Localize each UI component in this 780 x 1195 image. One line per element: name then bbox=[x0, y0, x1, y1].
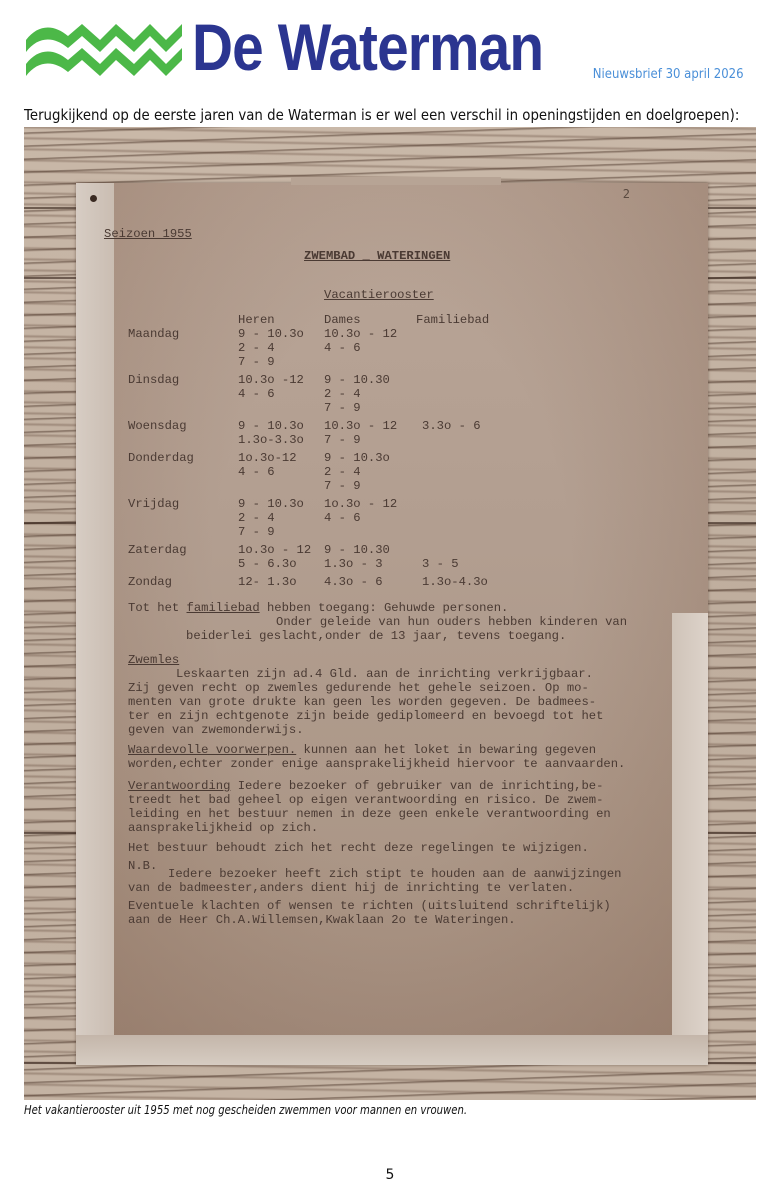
waardevolle-line: worden,echter zonder enige aansprakelijk… bbox=[128, 757, 625, 771]
photo-caption: Het vakantierooster uit 1955 met nog ges… bbox=[24, 1103, 467, 1117]
paper-fold bbox=[291, 177, 501, 185]
verantwoording-line: aansprakelijkheid op zich. bbox=[128, 821, 318, 835]
dames-time: 9 - 10.30 bbox=[324, 373, 390, 387]
familiebad-note-line: Onder geleide van hun ouders hebben kind… bbox=[276, 615, 627, 629]
dames-time: 2 - 4 bbox=[324, 465, 361, 479]
schedule-day-label: Dinsdag bbox=[128, 373, 179, 387]
heren-time: 5 - 6.3o bbox=[238, 557, 297, 571]
dames-time: 9 - 10.3o bbox=[324, 451, 390, 465]
schedule-day-label: Donderdag bbox=[128, 451, 194, 465]
zwemles-line: Leskaarten zijn ad.4 Gld. aan de inricht… bbox=[176, 667, 593, 681]
dames-time: 10.3o - 12 bbox=[324, 327, 397, 341]
schedule-day-label: Zaterdag bbox=[128, 543, 187, 557]
familiebad-time: 1.3o-4.3o bbox=[422, 575, 488, 589]
dames-time: 9 - 10.30 bbox=[324, 543, 390, 557]
dames-time: 4 - 6 bbox=[324, 511, 361, 525]
familiebad-note: Tot het familiebad hebben toegang: Gehuw… bbox=[128, 601, 508, 615]
document-subtitle: Vacantierooster bbox=[324, 288, 434, 302]
heren-time: 1o.3o-12 bbox=[238, 451, 297, 465]
heren-time: 7 - 9 bbox=[238, 525, 275, 539]
familiebad-time: 3 - 5 bbox=[422, 557, 459, 571]
verantwoording-line: Verantwoording Iedere bezoeker of gebrui… bbox=[128, 779, 603, 793]
column-header-dames: Dames bbox=[324, 313, 361, 327]
dames-time: 4.3o - 6 bbox=[324, 575, 383, 589]
familiebad-time: 3.3o - 6 bbox=[422, 419, 481, 433]
verantwoording-line: leiding en het bestuur nemen in deze gee… bbox=[128, 807, 611, 821]
intro-text: Terugkijkend op de eerste jaren van de W… bbox=[24, 106, 739, 124]
heren-time: 2 - 4 bbox=[238, 511, 275, 525]
zwemles-heading: Zwemles bbox=[128, 653, 179, 667]
bestuur-line: Het bestuur behoudt zich het recht deze … bbox=[128, 841, 589, 855]
zwemles-line: Zij geven recht op zwemles gedurende het… bbox=[128, 681, 589, 695]
klachten-line: Eventuele klachten of wensen te richten … bbox=[128, 899, 611, 913]
klachten-line: aan de Heer Ch.A.Willemsen,Kwaklaan 2o t… bbox=[128, 913, 516, 927]
heren-time: 1o.3o - 12 bbox=[238, 543, 311, 557]
newsletter-header: De Waterman Nieuwsbrief 30 april 2026 bbox=[0, 0, 780, 100]
paper-fold bbox=[76, 1035, 708, 1065]
waves-logo-icon bbox=[24, 18, 184, 80]
schedule-day-label: Maandag bbox=[128, 327, 179, 341]
dames-time: 1.3o - 3 bbox=[324, 557, 383, 571]
heren-time: 2 - 4 bbox=[238, 341, 275, 355]
schedule-day-label: Zondag bbox=[128, 575, 172, 589]
zwemles-line: ter en zijn echtgenote zijn beide gedipl… bbox=[128, 709, 603, 723]
paper-fold bbox=[76, 183, 114, 1065]
brand-name: De Waterman bbox=[192, 8, 543, 86]
familiebad-note-line: beiderlei geslacht,onder de 13 jaar, tev… bbox=[186, 629, 566, 643]
dames-time: 4 - 6 bbox=[324, 341, 361, 355]
schedule-photo: 2 Seizoen 1955 ZWEMBAD _ WATERINGEN Vaca… bbox=[24, 127, 756, 1100]
nb-line: Iedere bezoeker heeft zich stipt te houd… bbox=[168, 867, 621, 881]
column-header-familiebad: Familiebad bbox=[416, 313, 489, 327]
zwemles-line: geven van zwemonderwijs. bbox=[128, 723, 304, 737]
heren-time: 4 - 6 bbox=[238, 387, 275, 401]
dames-time: 10.3o - 12 bbox=[324, 419, 397, 433]
heren-time: 1.3o-3.3o bbox=[238, 433, 304, 447]
dames-time: 7 - 9 bbox=[324, 401, 361, 415]
heren-time: 7 - 9 bbox=[238, 355, 275, 369]
schedule-day-label: Vrijdag bbox=[128, 497, 179, 511]
page-number: 5 bbox=[0, 1167, 780, 1183]
verantwoording-line: treedt het bad geheel op eigen verantwoo… bbox=[128, 793, 603, 807]
dames-time: 2 - 4 bbox=[324, 387, 361, 401]
heren-time: 9 - 10.3o bbox=[238, 497, 304, 511]
heren-time: 9 - 10.3o bbox=[238, 327, 304, 341]
heren-time: 10.3o -12 bbox=[238, 373, 304, 387]
dames-time: 7 - 9 bbox=[324, 433, 361, 447]
paper-fold bbox=[672, 613, 708, 1063]
nb-label: N.B. bbox=[128, 859, 157, 873]
heren-time: 4 - 6 bbox=[238, 465, 275, 479]
nb-line: van de badmeester,anders dient hij de in… bbox=[128, 881, 574, 895]
schedule-sheet: 2 Seizoen 1955 ZWEMBAD _ WATERINGEN Vaca… bbox=[76, 183, 708, 1065]
waardevolle-line: Waardevolle voorwerpen. kunnen aan het l… bbox=[128, 743, 596, 757]
page-mark: 2 bbox=[623, 187, 630, 201]
heren-time: 12- 1.3o bbox=[238, 575, 297, 589]
zwemles-line: menten van grote drukte kan geen les wor… bbox=[128, 695, 596, 709]
season-label: Seizoen 1955 bbox=[104, 227, 192, 241]
schedule-day-label: Woensdag bbox=[128, 419, 187, 433]
document-title: ZWEMBAD _ WATERINGEN bbox=[304, 249, 450, 263]
column-header-heren: Heren bbox=[238, 313, 275, 327]
heren-time: 9 - 10.3o bbox=[238, 419, 304, 433]
dames-time: 7 - 9 bbox=[324, 479, 361, 493]
dames-time: 1o.3o - 12 bbox=[324, 497, 397, 511]
newsletter-date: Nieuwsbrief 30 april 2026 bbox=[593, 67, 744, 82]
pin-hole-icon bbox=[90, 195, 97, 202]
